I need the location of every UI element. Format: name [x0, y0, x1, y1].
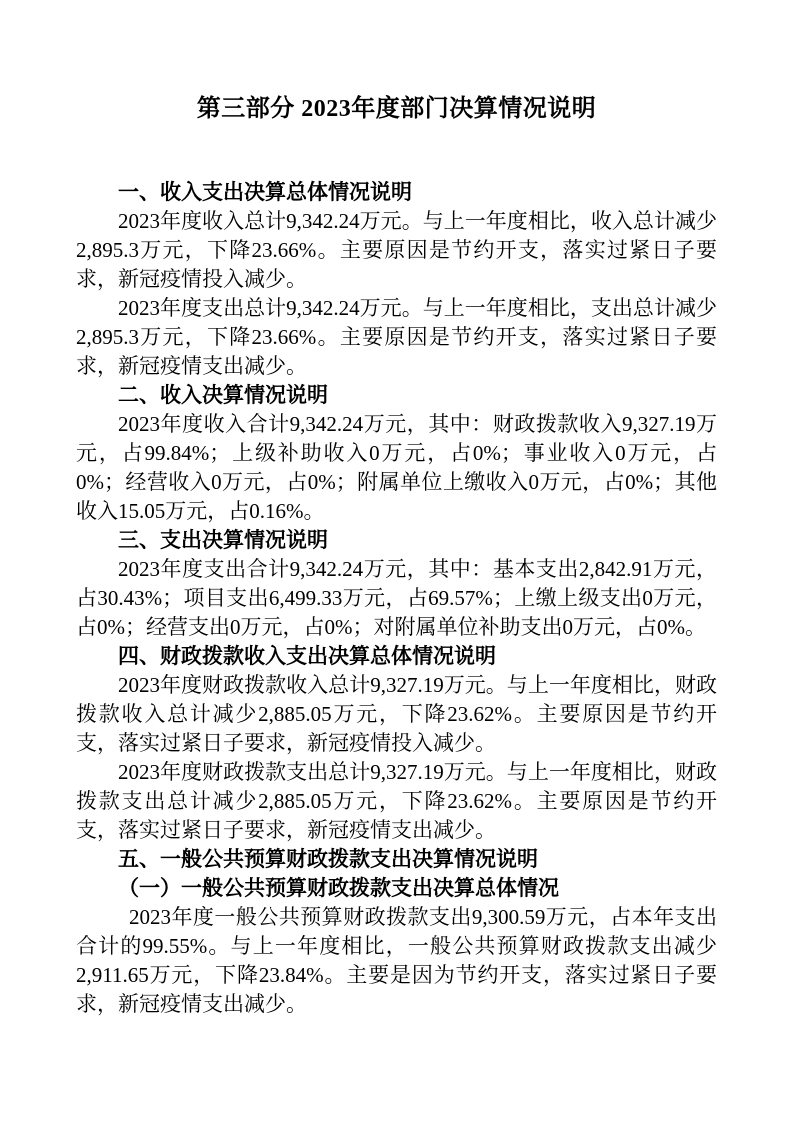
document-title: 第三部分 2023年度部门决算情况说明 [76, 96, 717, 123]
paragraph-fiscal-appropriation-expenditure: 2023年度财政拨款支出总计9,327.19万元。与上一年度相比，财政拨款支出总… [76, 758, 717, 845]
document-page: 第三部分 2023年度部门决算情况说明 一、收入支出决算总体情况说明 2023年… [0, 0, 793, 1122]
section-heading-income-expenditure-overview: 一、收入支出决算总体情况说明 [76, 178, 717, 207]
subsection-heading-general-public-budget-overview: （一）一般公共预算财政拨款支出决算总体情况 [76, 874, 717, 903]
paragraph-total-expenditure: 2023年度支出总计9,342.24万元。与上一年度相比，支出总计减少2,895… [76, 294, 717, 381]
section-heading-general-public-budget: 五、一般公共预算财政拨款支出决算情况说明 [76, 845, 717, 874]
section-heading-fiscal-appropriation-overview: 四、财政拨款收入支出决算总体情况说明 [76, 642, 717, 671]
paragraph-income-breakdown: 2023年度收入合计9,342.24万元，其中：财政拨款收入9,327.19万元… [76, 410, 717, 526]
section-heading-income-accounts: 二、收入决算情况说明 [76, 381, 717, 410]
paragraph-general-public-budget-expenditure: 2023年度一般公共预算财政拨款支出9,300.59万元，占本年支出合计的99.… [76, 903, 717, 1019]
section-heading-expenditure-accounts: 三、支出决算情况说明 [76, 526, 717, 555]
paragraph-expenditure-breakdown: 2023年度支出合计9,342.24万元，其中：基本支出2,842.91万元，占… [76, 555, 717, 642]
paragraph-total-income: 2023年度收入总计9,342.24万元。与上一年度相比，收入总计减少2,895… [76, 207, 717, 294]
paragraph-fiscal-appropriation-income: 2023年度财政拨款收入总计9,327.19万元。与上一年度相比，财政拨款收入总… [76, 671, 717, 758]
